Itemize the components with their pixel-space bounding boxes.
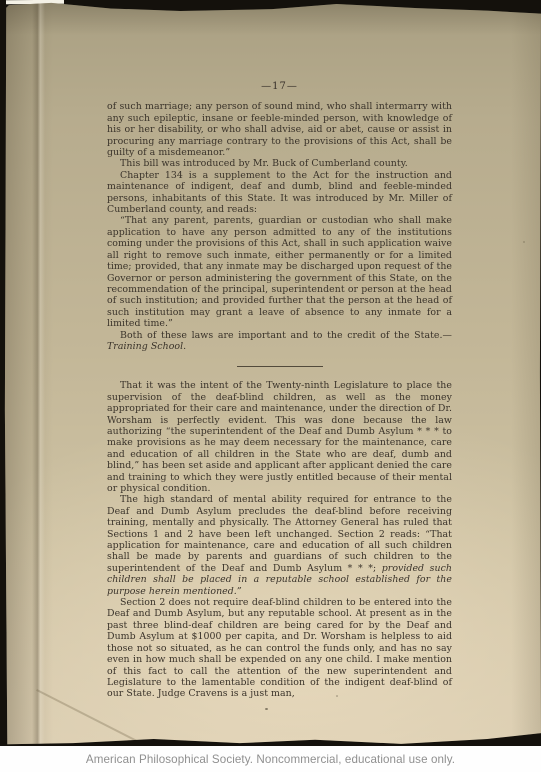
scanned-page: —17— of such marriage; any person of sou… bbox=[3, 1, 541, 745]
paragraph-chapter-134: Chapter 134 is a supplement to the Act f… bbox=[107, 170, 452, 216]
paragraph-credit-of-state: Both of these laws are important and to … bbox=[107, 330, 452, 353]
attribution-text: American Philosophical Society. Noncomme… bbox=[86, 753, 455, 766]
paragraph-bill-intro: This bill was introduced by Mr. Buck of … bbox=[107, 158, 452, 169]
attribution-bar: American Philosophical Society. Noncomme… bbox=[0, 746, 541, 772]
text-column: —17— of such marriage; any person of sou… bbox=[107, 1, 452, 700]
page-fold-crease bbox=[32, 1, 45, 745]
paragraph-parent-application: “That any parent, parents, guardian or c… bbox=[107, 215, 452, 329]
paper-speck bbox=[265, 708, 268, 710]
paper-speck bbox=[523, 241, 525, 243]
paragraph-marriage-clause: of such marriage; any person of sound mi… bbox=[107, 101, 452, 158]
training-school-citation: Training School. bbox=[107, 341, 186, 352]
scan-viewport: —17— of such marriage; any person of sou… bbox=[0, 0, 541, 772]
paragraph-legislature-intent: That it was the intent of the Twenty-nin… bbox=[107, 380, 452, 494]
page-number: —17— bbox=[107, 81, 452, 92]
credit-text: Both of these laws are important and to … bbox=[120, 330, 452, 341]
paragraph-section-2: The high standard of mental ability requ… bbox=[107, 494, 452, 597]
paragraph-deaf-blind-condition: Section 2 does not require deaf-blind ch… bbox=[107, 597, 452, 700]
section-divider-rule bbox=[237, 366, 323, 367]
